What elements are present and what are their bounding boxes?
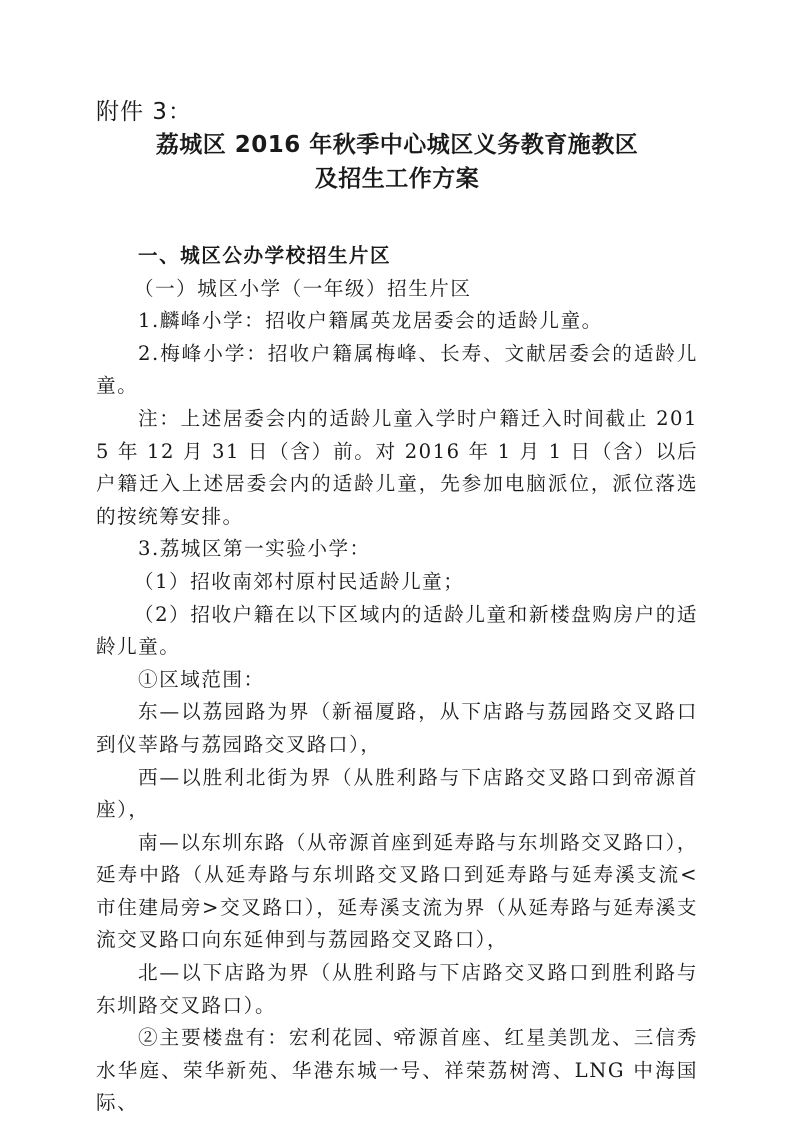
paragraph-meifeng-school: 2.梅峰小学：招收户籍属梅峰、长寿、文献居委会的适龄儿童。 [96,338,698,403]
page-number: 9 [0,1030,794,1044]
paragraph-north-boundary: 北—以下店路为界（从胜利路与下店路交叉路口到胜利路与东圳路交叉路口）。 [96,957,698,1022]
subsection-heading: （一）城区小学（一年级）招生片区 [96,273,698,306]
section-heading-1: 一、城区公办学校招生片区 [96,240,698,273]
paragraph-east-boundary: 东—以荔园路为界（新福厦路，从下店路与荔园路交叉路口到仪莘路与荔园路交叉路口）， [96,696,698,761]
paragraph-item-1: （1）招收南郊村原村民适龄儿童； [96,566,698,599]
paragraph-linfeng-school: 1.麟峰小学：招收户籍属英龙居委会的适龄儿童。 [96,305,698,338]
attachment-label: 附件 3： [96,96,698,128]
document-title-line-1: 荔城区 2016 年秋季中心城区义务教育施教区 [96,128,698,162]
paragraph-area-scope: ①区域范围： [96,664,698,697]
document-title-line-2: 及招生工作方案 [96,162,698,196]
paragraph-west-boundary: 西—以胜利北街为界（从胜利路与下店路交叉路口到帝源首座）， [96,762,698,827]
page-content: 附件 3： 荔城区 2016 年秋季中心城区义务教育施教区 及招生工作方案 一、… [96,96,698,1120]
title-spacer [96,196,698,240]
paragraph-south-boundary: 南—以东圳东路（从帝源首座到延寿路与东圳路交叉路口），延寿中路（从延寿路与东圳路… [96,827,698,957]
document-page: 附件 3： 荔城区 2016 年秋季中心城区义务教育施教区 及招生工作方案 一、… [0,0,794,1123]
paragraph-note: 注：上述居委会内的适龄儿童入学时户籍迁入时间截止 2015 年 12 月 31 … [96,403,698,533]
paragraph-first-experimental-school: 3.荔城区第一实验小学： [96,533,698,566]
paragraph-item-2: （2）招收户籍在以下区域内的适龄儿童和新楼盘购房户的适龄儿童。 [96,599,698,664]
